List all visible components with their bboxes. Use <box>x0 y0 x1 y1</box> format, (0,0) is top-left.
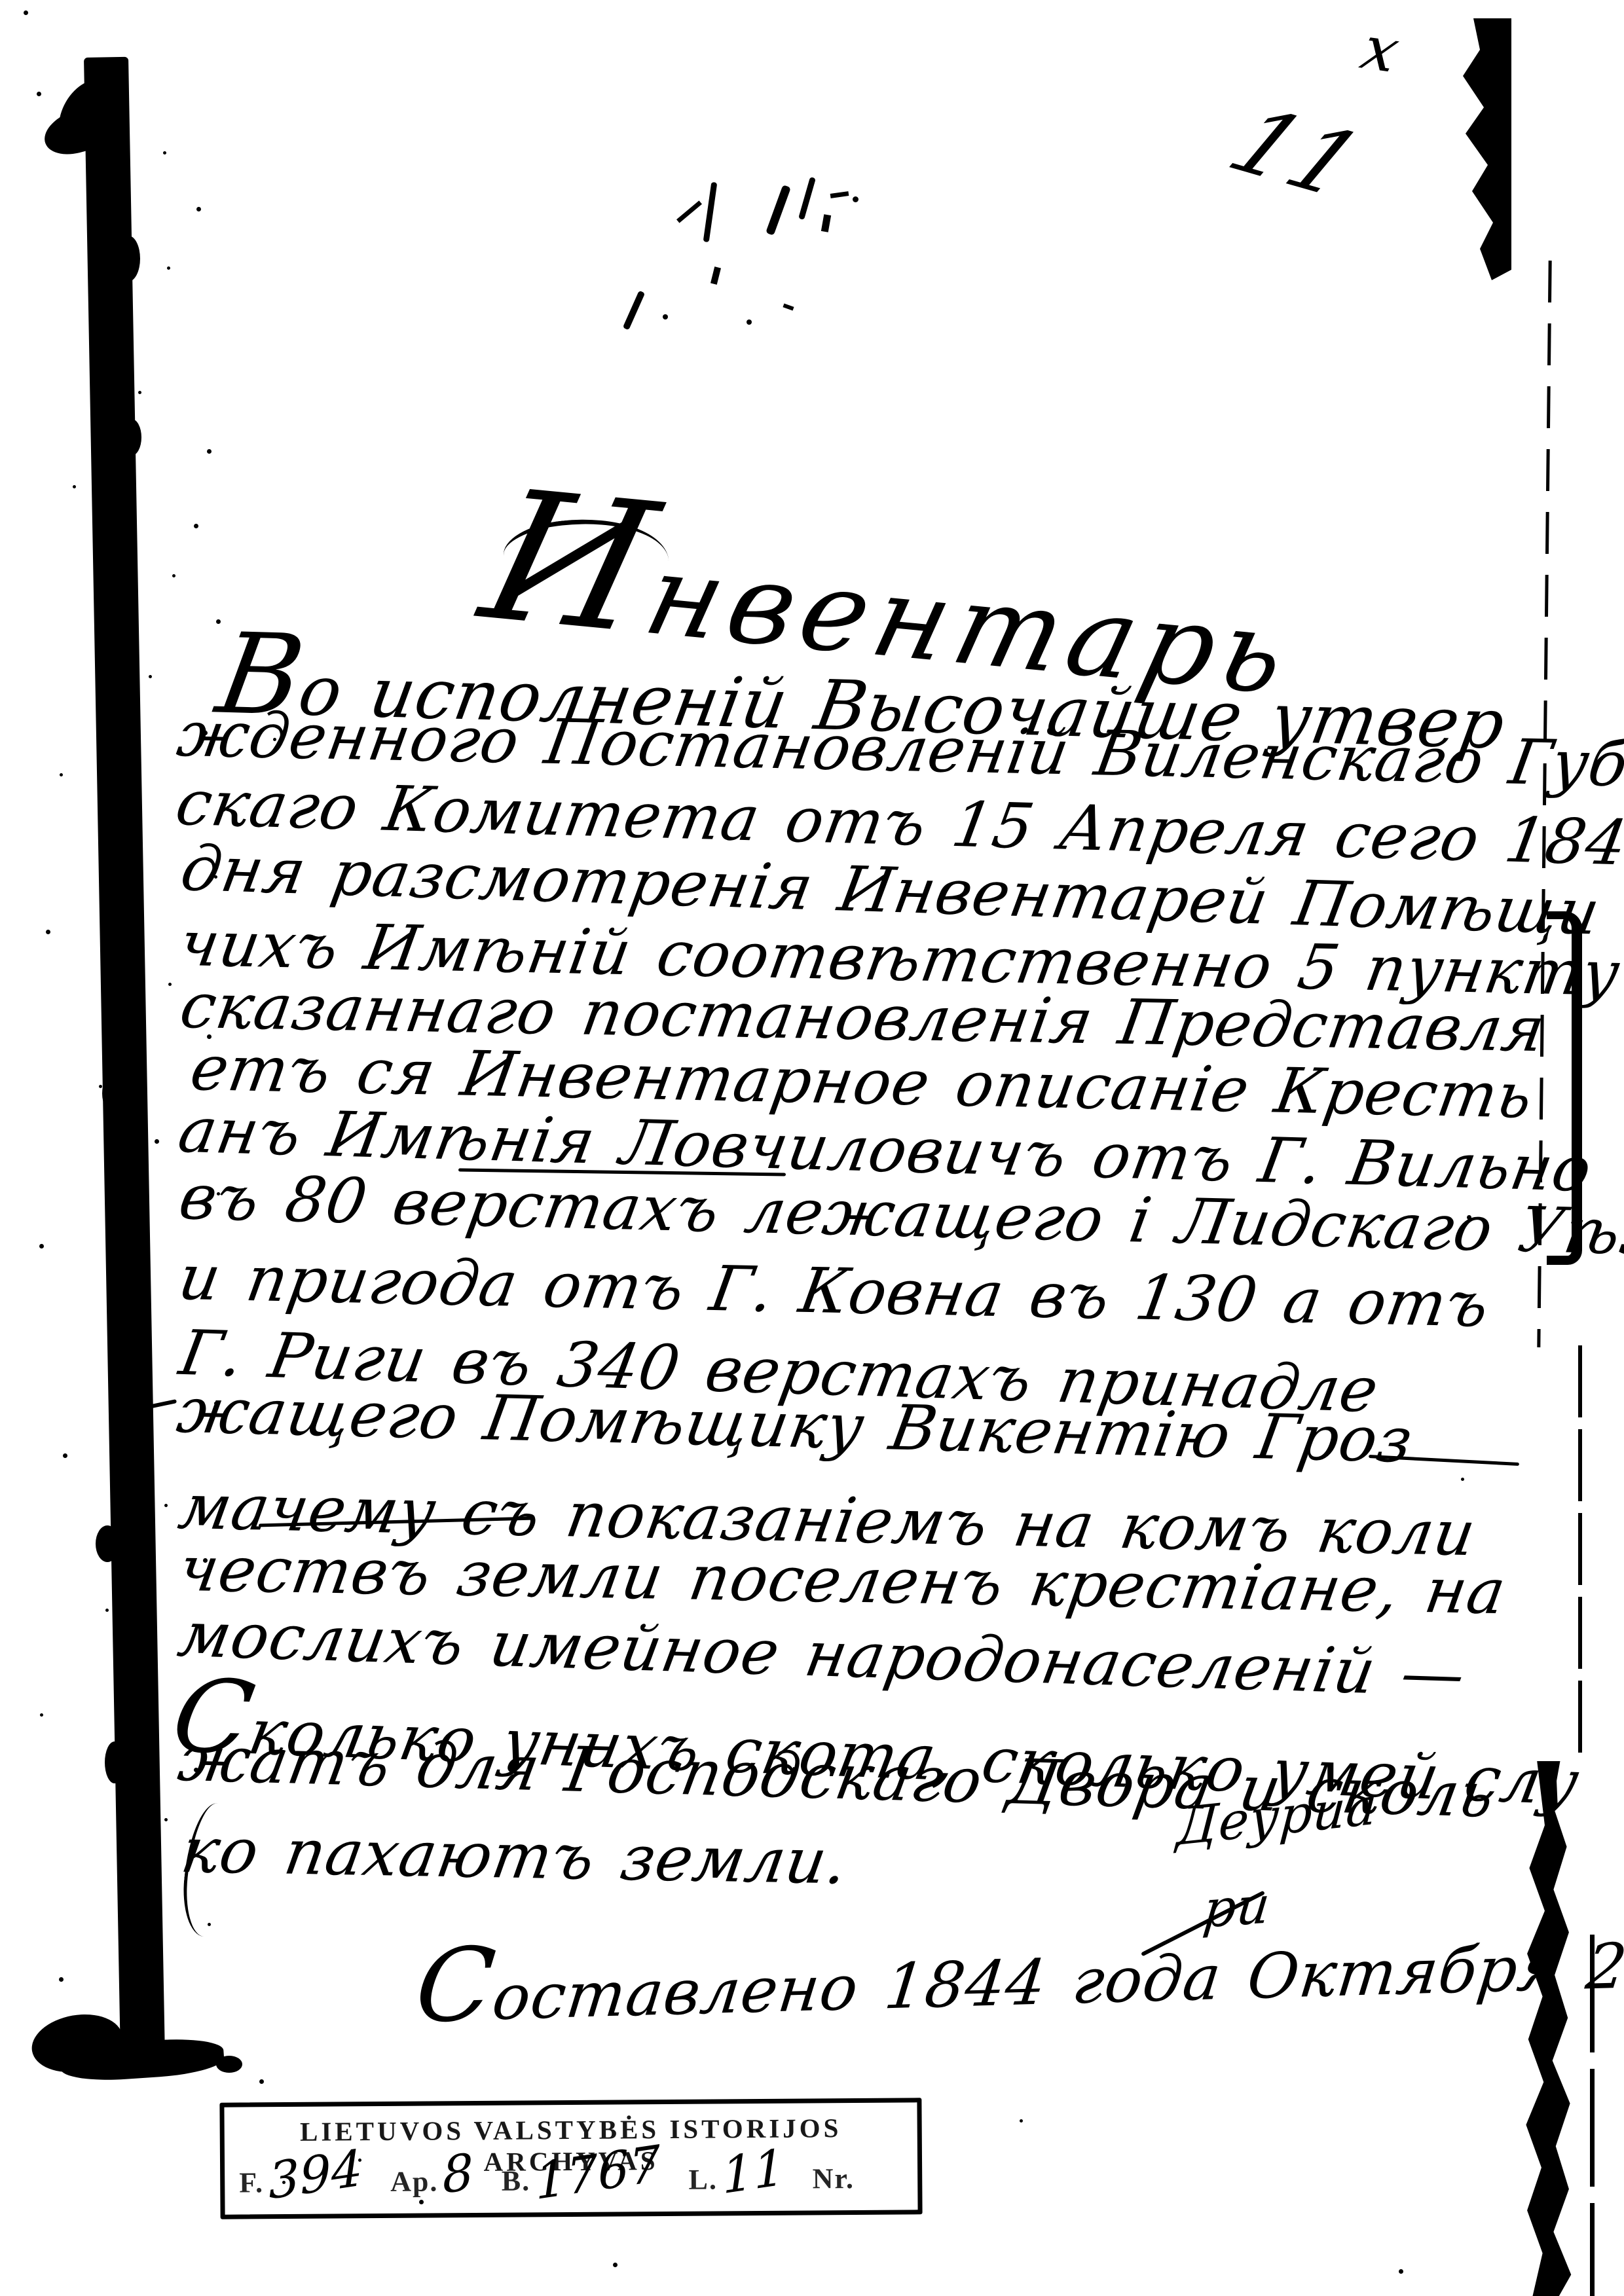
faded-inscription-fragment <box>623 291 645 331</box>
binding-shadow-stripe <box>84 57 165 2061</box>
faded-inscription-fragment <box>821 214 831 232</box>
stamp-field-label: Nr. <box>812 2162 855 2195</box>
archive-stamp: LIETUVOS VALSTYBĖS ISTORIJOS ARCHYVAS F.… <box>219 2098 922 2219</box>
binding-bump <box>117 236 140 282</box>
faded-inscription-fragment <box>676 200 702 223</box>
faded-inscription-fragment <box>853 196 858 202</box>
corner-x-mark: x <box>1355 18 1406 82</box>
binding-foot <box>216 2056 242 2073</box>
stamp-field-label: F. <box>239 2166 264 2199</box>
faded-inscription-fragment <box>710 266 721 285</box>
archive-stamp-fields: F. 394 Ap. 8 B. 1767 L. 11 Nr. <box>239 2145 901 2200</box>
faded-inscription-fragment <box>747 319 752 325</box>
binding-bump <box>117 1303 135 1349</box>
binding-bump <box>124 851 141 903</box>
stamp-field-value: 8 <box>441 2146 475 2200</box>
faded-inscription-fragment <box>798 177 816 220</box>
date-line: Составлено 1844 года Октября 20 д <box>411 1900 1624 2038</box>
stamp-field-value: 1767 <box>534 2138 661 2207</box>
stamp-field-label: B. <box>502 2164 531 2197</box>
binding-bump <box>96 1525 119 1562</box>
faded-inscription-fragment <box>663 314 668 319</box>
stamp-field-label: Ap. <box>390 2164 439 2198</box>
faded-inscription-fragment <box>766 185 791 236</box>
binding-bump <box>110 642 136 681</box>
faded-inscription-fragment <box>703 182 718 242</box>
corner-artifact-band <box>1446 18 1511 280</box>
faded-inscription-fragment <box>830 191 849 198</box>
stamp-field-value: 394 <box>267 2143 363 2207</box>
bottom-right-artifact-band <box>1521 1761 1576 2296</box>
scan-speckles <box>0 0 2 2</box>
stamp-field-value: 11 <box>721 2142 786 2201</box>
binding-bump <box>105 1741 124 1783</box>
stamp-field-label: L. <box>688 2162 718 2196</box>
page-number: 11 <box>1215 97 1376 211</box>
manuscript-line: ко пахаютъ земли. <box>177 1820 852 1893</box>
binding-bump <box>102 1074 124 1113</box>
right-edge-line <box>1578 1345 1582 1755</box>
faded-inscription-fragment <box>783 303 794 310</box>
binding-bump <box>122 419 141 456</box>
scanned-manuscript-page: x 11 Инвентарь Во исполненій Высочайше у… <box>0 0 1624 2296</box>
